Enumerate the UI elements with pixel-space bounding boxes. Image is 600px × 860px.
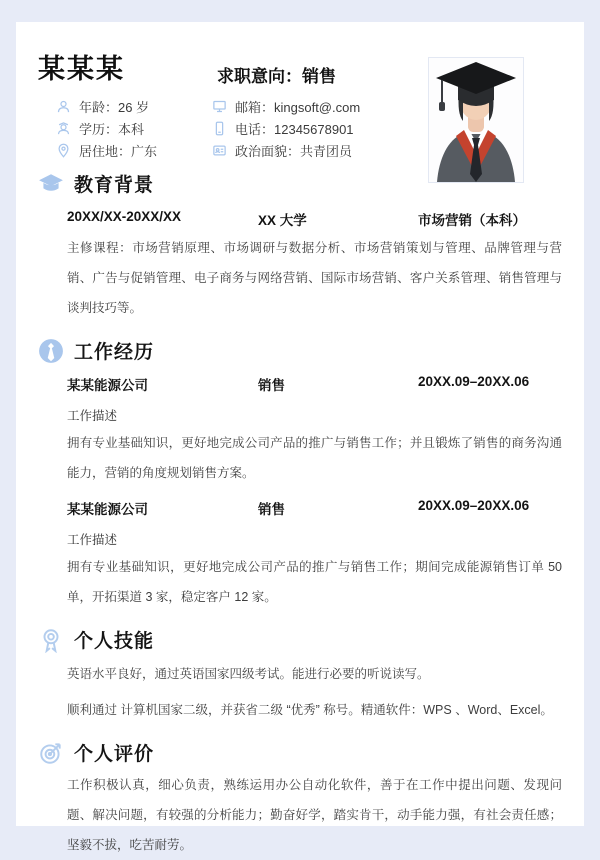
resume-header: 某某某 求职意向：销售 年龄：26 岁 学历：本科 居住地：广东 [16, 22, 584, 162]
info-row-political-status: 政治面貌：共青团员 [212, 139, 360, 161]
business-person-icon [38, 338, 64, 364]
profile-photo [428, 57, 524, 183]
job-description: 拥有专业基础知识，更好地完成公司产品的推广与销售工作；期间完成能源销售订单 50… [67, 552, 562, 612]
section-work: 工作经历 某某能源公司 销售 20XX.09–20XX.06 工作描述 拥有专业… [38, 337, 562, 612]
education-courses: 主修课程：市场营销原理、市场调研与数据分析、市场营销策划与管理、品牌管理与营销、… [67, 233, 562, 323]
job-description: 拥有专业基础知识，更好地完成公司产品的推广与销售工作；并且锻炼了销售的商务沟通能… [67, 428, 562, 488]
job-desc-label: 工作描述 [67, 406, 562, 424]
education-entry: 20XX/XX-20XX/XX XX 大学 市场营销（本科） [67, 209, 562, 229]
target-icon [38, 740, 64, 766]
section-evaluation: 个人评价 工作积极认真，细心负责，熟练运用办公自动化软件，善于在工作中提出问题、… [38, 739, 562, 860]
email-icon [212, 99, 227, 114]
graduate-icon [56, 121, 71, 136]
education-school: XX 大学 [258, 209, 418, 229]
job-period: 20XX.09–20XX.06 [418, 498, 562, 518]
idcard-icon [212, 143, 227, 158]
info-row-degree: 学历：本科 [56, 117, 157, 139]
skill-item: 顺利通过 计算机国家二级，并获省二级 “优秀” 称号。精通软件：WPS 、Wor… [67, 695, 562, 725]
section-education: 教育背景 20XX/XX-20XX/XX XX 大学 市场营销（本科） 主修课程… [38, 170, 562, 323]
contact-info-column: 邮箱：kingsoft@.com 电话：12345678901 政治面貌：共青团… [212, 95, 360, 161]
evaluation-text: 工作积极认真，细心负责，熟练运用办公自动化软件，善于在工作中提出问题、发现问题、… [67, 770, 562, 860]
info-text: 政治面貌：共青团员 [235, 141, 352, 160]
info-row-phone: 电话：12345678901 [212, 117, 360, 139]
phone-icon [212, 121, 227, 136]
education-major: 市场营销（本科） [418, 209, 562, 229]
info-row-location: 居住地：广东 [56, 139, 157, 161]
work-heading: 工作经历 [38, 337, 562, 364]
section-title: 工作经历 [74, 337, 154, 364]
job-period: 20XX.09–20XX.06 [418, 374, 562, 394]
education-period: 20XX/XX-20XX/XX [67, 209, 258, 229]
job-company: 某某能源公司 [67, 498, 258, 518]
evaluation-heading: 个人评价 [38, 739, 562, 766]
info-text: 学历：本科 [79, 119, 144, 138]
graduation-cap-icon [38, 171, 64, 197]
info-text: 邮箱：kingsoft@.com [235, 97, 360, 116]
section-title: 教育背景 [74, 170, 154, 197]
section-title: 个人技能 [74, 626, 154, 653]
info-text: 居住地：广东 [79, 141, 157, 160]
skill-item: 英语水平良好，通过英语国家四级考试。能进行必要的听说读写。 [67, 659, 562, 689]
resume-body: 教育背景 20XX/XX-20XX/XX XX 大学 市场营销（本科） 主修课程… [16, 170, 584, 860]
location-icon [56, 143, 71, 158]
section-title: 个人评价 [74, 739, 154, 766]
job-intention: 求职意向：销售 [217, 68, 336, 85]
medal-icon [38, 627, 64, 653]
job-entry: 某某能源公司 销售 20XX.09–20XX.06 [67, 498, 562, 518]
job-role: 销售 [258, 374, 418, 394]
job-role: 销售 [258, 498, 418, 518]
user-icon [56, 99, 71, 114]
info-row-email: 邮箱：kingsoft@.com [212, 95, 360, 117]
resume-card: 某某某 求职意向：销售 年龄：26 岁 学历：本科 居住地：广东 [16, 22, 584, 826]
info-row-age: 年龄：26 岁 [56, 95, 157, 117]
graduate-avatar [429, 58, 523, 182]
info-text: 年龄：26 岁 [79, 97, 149, 116]
job-company: 某某能源公司 [67, 374, 258, 394]
candidate-name: 某某某 [38, 56, 125, 83]
job-entry: 某某能源公司 销售 20XX.09–20XX.06 [67, 374, 562, 394]
skills-heading: 个人技能 [38, 626, 562, 653]
basic-info-column: 年龄：26 岁 学历：本科 居住地：广东 [56, 95, 157, 161]
section-skills: 个人技能 英语水平良好，通过英语国家四级考试。能进行必要的听说读写。 顺利通过 … [38, 626, 562, 725]
info-text: 电话：12345678901 [235, 119, 354, 138]
job-desc-label: 工作描述 [67, 530, 562, 548]
